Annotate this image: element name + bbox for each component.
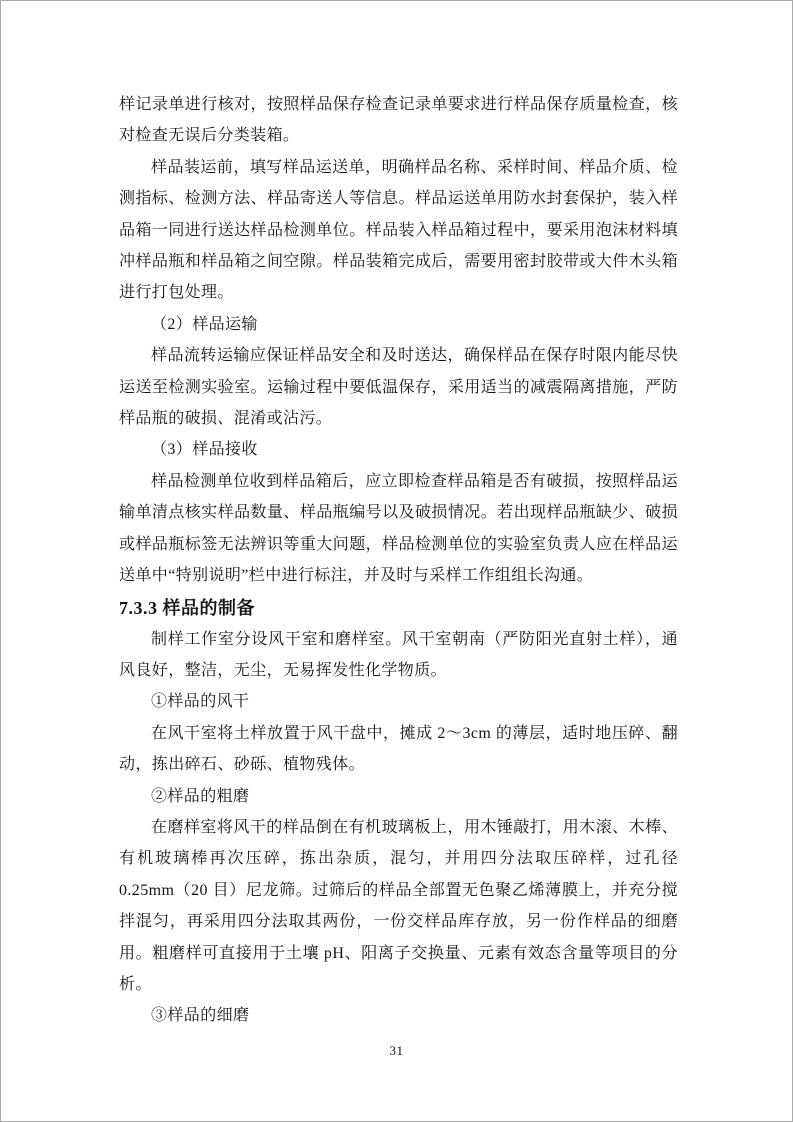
list-item-air-drying: ①样品的风干: [119, 686, 678, 717]
document-body: 样记录单进行核对，按照样品保存检查记录单要求进行样品保存质量检查，核对检查无误后…: [119, 89, 678, 1032]
list-item-fine-grinding: ③样品的细磨: [119, 1000, 678, 1031]
list-item-sample-transport: （2）样品运输: [119, 309, 678, 340]
paragraph-sample-transport: 样品流转运输应保证样品安全和及时送达，确保样品在保存时限内能尽快运送至检测实验室…: [119, 340, 678, 434]
paragraph-continuation: 样记录单进行核对，按照样品保存检查记录单要求进行样品保存质量检查，核对检查无误后…: [119, 89, 678, 152]
list-item-coarse-grinding: ②样品的粗磨: [119, 781, 678, 812]
paragraph-sample-reception: 样品检测单位收到样品箱后，应立即检查样品箱是否有破损，按照样品运输单清点核实样品…: [119, 466, 678, 592]
section-heading: 7.3.3 样品的制备: [119, 592, 678, 624]
paragraph-air-drying: 在风干室将土样放置于风干盘中，摊成 2～3cm 的薄层，适时地压碎、翻动，拣出碎…: [119, 718, 678, 781]
paragraph-coarse-grinding: 在磨样室将风干的样品倒在有机玻璃板上，用木锤敲打，用木滚、木棒、有机玻璃棒再次压…: [119, 812, 678, 1000]
paragraph-sample-shipping: 样品装运前，填写样品运送单，明确样品名称、采样时间、样品介质、检测指标、检测方法…: [119, 152, 678, 309]
paragraph-prep-room: 制样工作室分设风干室和磨样室。风干室朝南（严防阳光直射土样），通风良好，整洁，无…: [119, 624, 678, 687]
document-page: 样记录单进行核对，按照样品保存检查记录单要求进行样品保存质量检查，核对检查无误后…: [0, 0, 793, 1122]
page-number: 31: [1, 1043, 792, 1059]
list-item-sample-reception: （3）样品接收: [119, 434, 678, 465]
